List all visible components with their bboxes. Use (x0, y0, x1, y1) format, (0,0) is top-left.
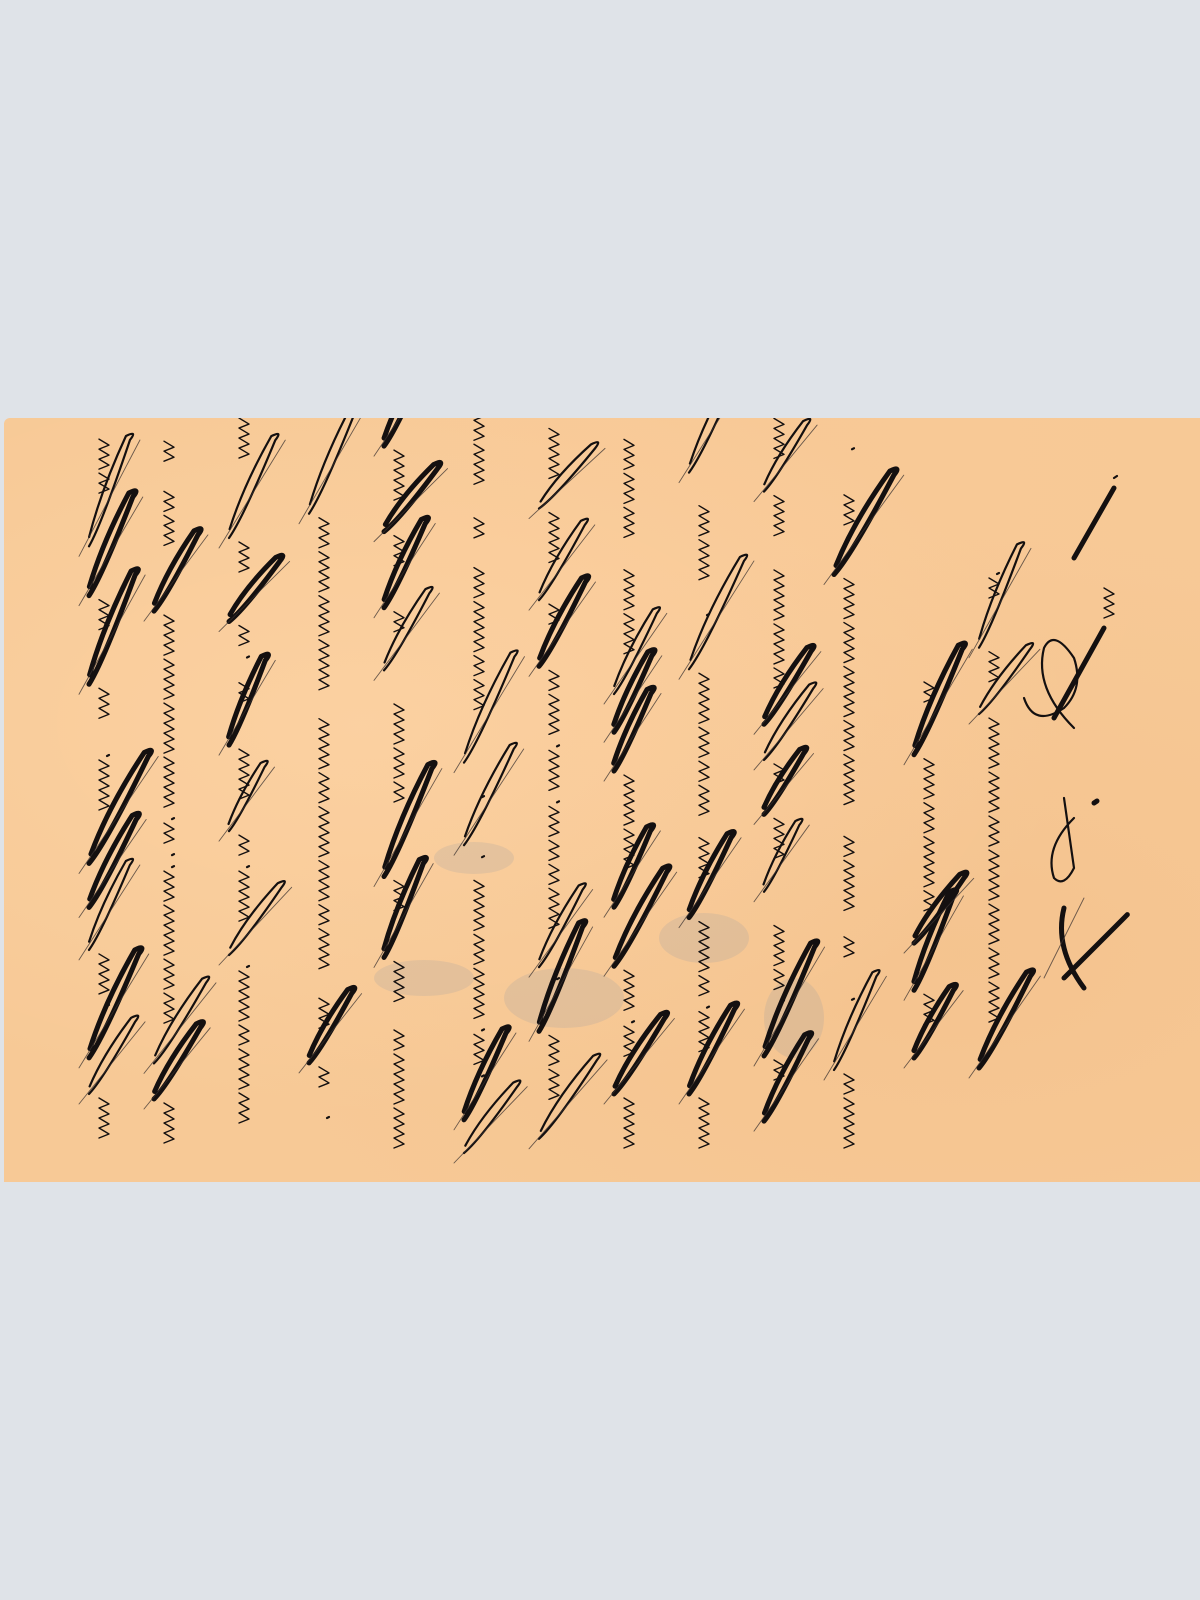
handwriting-canvas (4, 418, 1200, 1182)
postcard: handwritten postcard (reverse side) Germ… (4, 418, 1200, 1182)
signature (1024, 476, 1127, 988)
show-through-stains (374, 842, 824, 1058)
handwritten-lines (79, 418, 1040, 1163)
